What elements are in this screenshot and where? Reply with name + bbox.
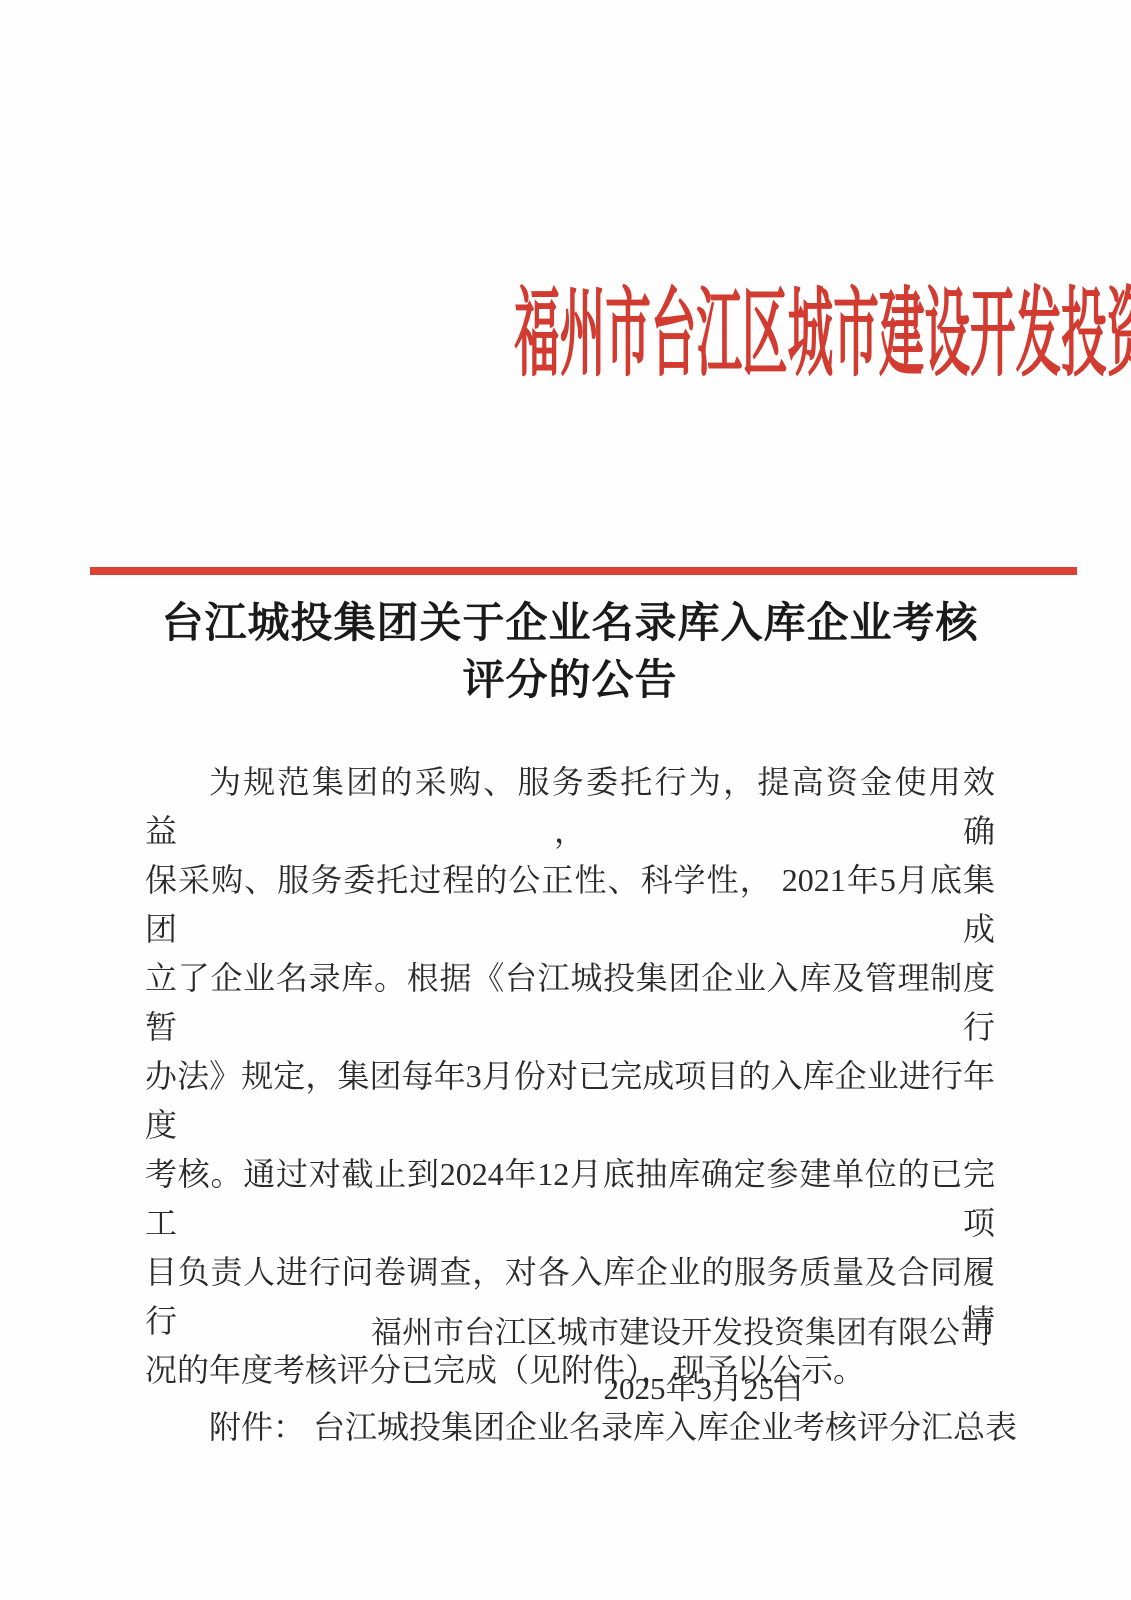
document-title-line1: 台江城投集团关于企业名录库入库企业考核 [145,596,995,653]
document-title-line2: 评分的公告 [145,653,995,710]
letterhead: 福州市台江区城市建设开发投资集团有限公司 [0,276,1131,394]
body-text-line: 考核。通过对截止到2024年12月底抽库确定参建单位的已完工项 [145,1150,995,1248]
body-text-line: 为规范集团的采购、服务委托行为，提高资金使用效益，确 [145,758,995,856]
body-text-line: 立了企业名录库。根据《台江城投集团企业入库及管理制度暂行 [145,954,995,1052]
attachment-note: 附件： 台江城投集团企业名录库入库企业考核评分汇总表 [145,1403,995,1452]
document-title: 台江城投集团关于企业名录库入库企业考核 评分的公告 [145,596,995,710]
signature-company-name: 福州市台江区城市建设开发投资集团有限公司 [145,1312,995,1354]
letterhead-company-name: 福州市台江区城市建设开发投资集团有限公司 [514,276,1131,394]
signature-date: 2025年3月25日 [145,1368,805,1410]
letterhead-divider-line [90,567,1077,575]
document-page: 福州市台江区城市建设开发投资集团有限公司 台江城投集团关于企业名录库入库企业考核… [0,0,1131,1600]
body-text-line: 办法》规定，集团每年3月份对已完成项目的入库企业进行年度 [145,1052,995,1150]
signature-block: 福州市台江区城市建设开发投资集团有限公司 2025年3月25日 [145,1312,995,1410]
body-text-line: 保采购、服务委托过程的公正性、科学性， 2021年5月底集团成 [145,856,995,954]
